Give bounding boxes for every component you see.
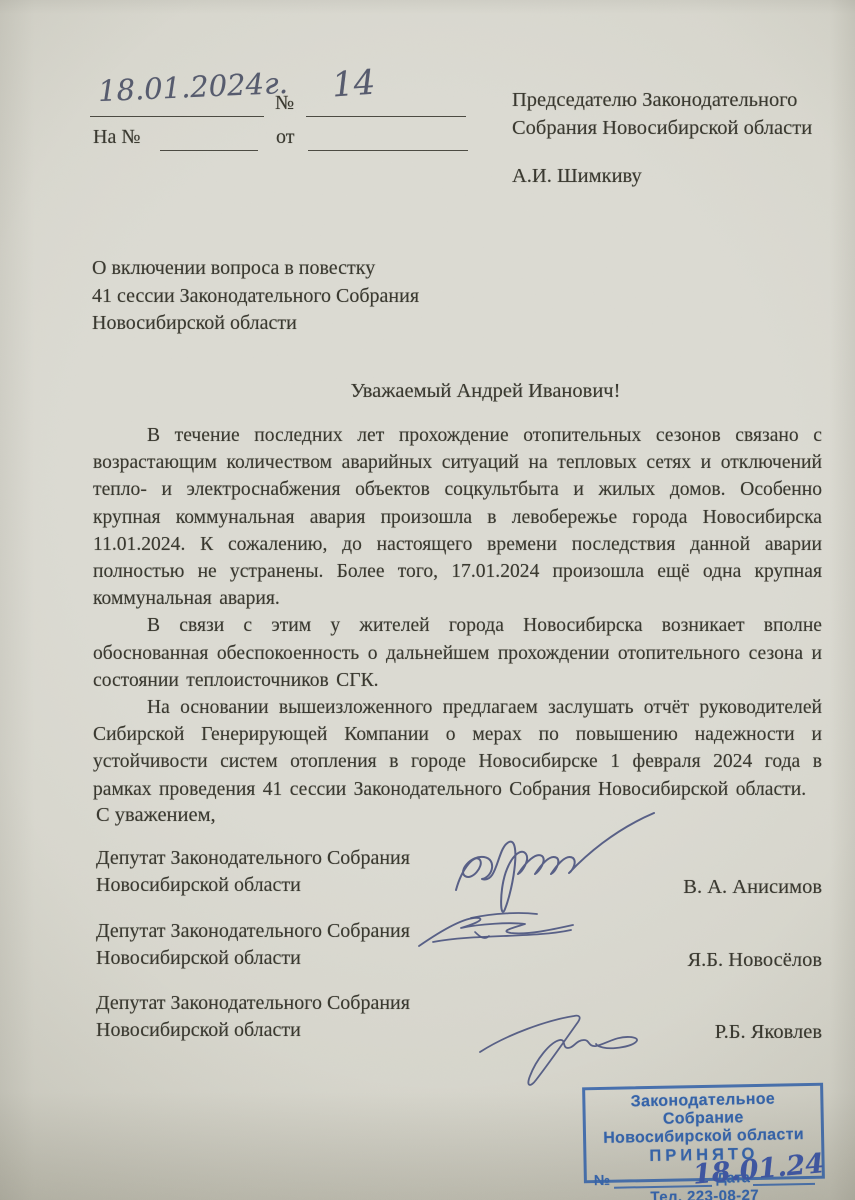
- recipient-name: А.И. Шимкиву: [512, 163, 837, 191]
- recipient-block: Председателю Законодательного Собрания Н…: [512, 87, 837, 191]
- date-underline: [90, 116, 264, 117]
- registration-stamp: Законодательное Собрание Новосибирской о…: [582, 1083, 825, 1184]
- body-paragraph-3: На основании вышеизложенного предлагаем …: [93, 694, 822, 803]
- signatory-3-title: Депутат Законодательного Собрания Новоси…: [96, 990, 456, 1044]
- number-underline: [306, 116, 466, 117]
- reply-from-underline: [308, 126, 468, 151]
- stamp-org-line1: Законодательное Собрание: [592, 1090, 814, 1130]
- signatory-1-name: В. А. Анисимов: [500, 876, 822, 899]
- recipient-line1: Председателю Законодательного: [512, 87, 837, 115]
- signatory-2-title-line2: Новосибирской области: [96, 945, 456, 972]
- reply-from-label: от: [276, 126, 294, 149]
- signatory-2-title: Депутат Законодательного Собрания Новоси…: [96, 918, 456, 972]
- handwritten-number: 14: [331, 63, 377, 106]
- scanned-letter-page: 18.01.2024г. № 14 На № от Председателю З…: [0, 0, 855, 1200]
- stamp-number-label: №: [594, 1174, 610, 1189]
- signatory-1-title-line2: Новосибирской области: [96, 872, 456, 899]
- recipient-line2: Собрания Новосибирской области: [512, 115, 837, 143]
- signatory-1-title: Депутат Законодательного Собрания Новоси…: [96, 845, 456, 899]
- signatory-2-title-line1: Депутат Законодательного Собрания: [96, 918, 456, 945]
- closing: С уважением,: [96, 804, 216, 827]
- handwritten-date: 18.01.2024г.: [97, 66, 288, 108]
- date-field: 18.01.2024г.: [90, 74, 264, 117]
- number-label: №: [275, 92, 294, 115]
- subject-block: О включении вопроса в повестку 41 сессии…: [92, 255, 552, 338]
- signatory-2-name: Я.Б. Новосёлов: [500, 949, 822, 972]
- salutation: Уважаемый Андрей Иванович!: [93, 380, 822, 403]
- signatory-3-title-line1: Депутат Законодательного Собрания: [96, 990, 456, 1017]
- subject-line2: 41 сессии Законодательного Собрания: [92, 283, 552, 311]
- letter-body: В течение последних лет прохождение отоп…: [93, 422, 822, 803]
- signatory-3-title-line2: Новосибирской области: [96, 1017, 456, 1044]
- reply-number-underline: [160, 126, 258, 151]
- subject-line3: Новосибирской области: [92, 310, 552, 338]
- signatory-3-name: Р.Б. Яковлев: [500, 1021, 822, 1044]
- subject-line1: О включении вопроса в повестку: [92, 255, 552, 283]
- signature-yakovlev: [478, 1000, 688, 1092]
- body-paragraph-2: В связи с этим у жителей города Новосиби…: [93, 612, 822, 694]
- signatory-1-title-line1: Депутат Законодательного Собрания: [96, 845, 456, 872]
- body-paragraph-1: В течение последних лет прохождение отоп…: [93, 422, 822, 612]
- reply-number-label: На №: [93, 126, 140, 149]
- number-field: 14: [306, 70, 466, 117]
